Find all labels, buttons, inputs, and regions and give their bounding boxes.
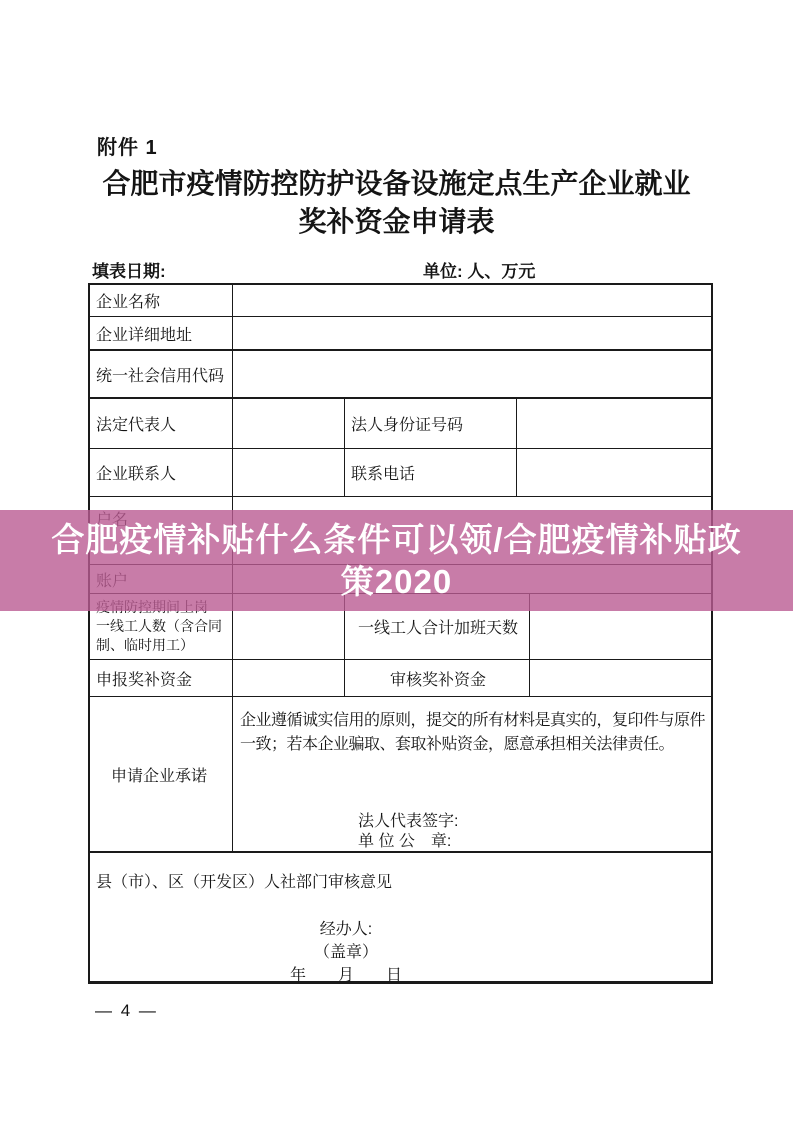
credit-code-label: 统一社会信用代码 (90, 351, 233, 397)
attachment-label: 附件 1 (97, 131, 158, 160)
form-title-line2: 奖补资金申请表 (0, 203, 793, 241)
review-sign-block: 经办人: （盖章） 年 月 日 (96, 918, 596, 987)
reviewed-fund-label: 审核奖补资金 (345, 660, 530, 696)
watermark-banner: 合肥疫情补贴什么条件可以领/合肥疫情补贴政 策2020 (0, 510, 793, 611)
table-row: 企业名称 (90, 285, 711, 317)
contact-phone-value-cell (517, 449, 711, 496)
form-title: 合肥市疫情防控防护设备设施定点生产企业就业 奖补资金申请表 (0, 165, 793, 241)
review-opinion-label: 县（市）、区（开发区）人社部门审核意见 (96, 869, 705, 892)
pledge-sign-block: 法人代表签字: 单 位 公 章: (358, 812, 711, 851)
table-row: 法定代表人 法人身份证号码 (90, 399, 711, 449)
page-number: — 4 — (95, 1001, 158, 1021)
company-address-value-cell (233, 317, 711, 349)
reviewed-fund-value-cell (530, 660, 711, 696)
company-seal-label: 单 位 公 章: (358, 832, 711, 851)
table-row: 统一社会信用代码 (90, 351, 711, 399)
pledge-content-cell: 企业遵循诚实信用的原则，提交的所有材料是真实的，复印件与原件 一致；若本企业骗取… (233, 697, 711, 851)
company-name-label: 企业名称 (90, 285, 233, 316)
form-title-line1: 合肥市疫情防控防护设备设施定点生产企业就业 (0, 165, 793, 203)
legal-rep-id-label: 法人身份证号码 (345, 399, 517, 448)
legal-rep-label: 法定代表人 (90, 399, 233, 448)
company-name-value-cell (233, 285, 711, 316)
contact-phone-label: 联系电话 (345, 449, 517, 496)
pledge-label: 申请企业承诺 (90, 697, 233, 851)
table-row: 申请企业承诺 企业遵循诚实信用的原则，提交的所有材料是真实的，复印件与原件 一致… (90, 697, 711, 853)
table-row: 企业联系人 联系电话 (90, 449, 711, 497)
application-form-table: 企业名称 企业详细地址 统一社会信用代码 法定代表人 法人身份证号码 企业联系人… (88, 283, 713, 984)
company-contact-label: 企业联系人 (90, 449, 233, 496)
pledge-text: 企业遵循诚实信用的原则，提交的所有材料是真实的，复印件与原件 一致；若本企业骗取… (240, 709, 711, 757)
watermark-text-line2: 策2020 (0, 561, 793, 603)
date-line: 年 月 日 (96, 964, 596, 987)
handler-label: 经办人: (96, 918, 596, 941)
legal-rep-value-cell (233, 399, 345, 448)
seal-note: （盖章） (96, 941, 596, 964)
table-row: 申报奖补资金 审核奖补资金 (90, 660, 711, 697)
fill-date-label: 填表日期: (92, 257, 166, 282)
scanned-form-page: 附件 1 合肥市疫情防控防护设备设施定点生产企业就业 奖补资金申请表 填表日期:… (0, 0, 793, 1122)
unit-note: 单位: 人、万元 (423, 257, 535, 282)
company-address-label: 企业详细地址 (90, 317, 233, 349)
company-contact-value-cell (233, 449, 345, 496)
table-row: 企业详细地址 (90, 317, 711, 351)
declared-fund-value-cell (233, 660, 345, 696)
review-opinion-row: 县（市）、区（开发区）人社部门审核意见 经办人: （盖章） 年 月 日 (90, 853, 711, 987)
legal-rep-id-value-cell (517, 399, 711, 448)
declared-fund-label: 申报奖补资金 (90, 660, 233, 696)
legal-rep-sign-label: 法人代表签字: (358, 812, 711, 832)
credit-code-value-cell (233, 351, 711, 397)
watermark-text-line1: 合肥疫情补贴什么条件可以领/合肥疫情补贴政 (0, 519, 793, 561)
